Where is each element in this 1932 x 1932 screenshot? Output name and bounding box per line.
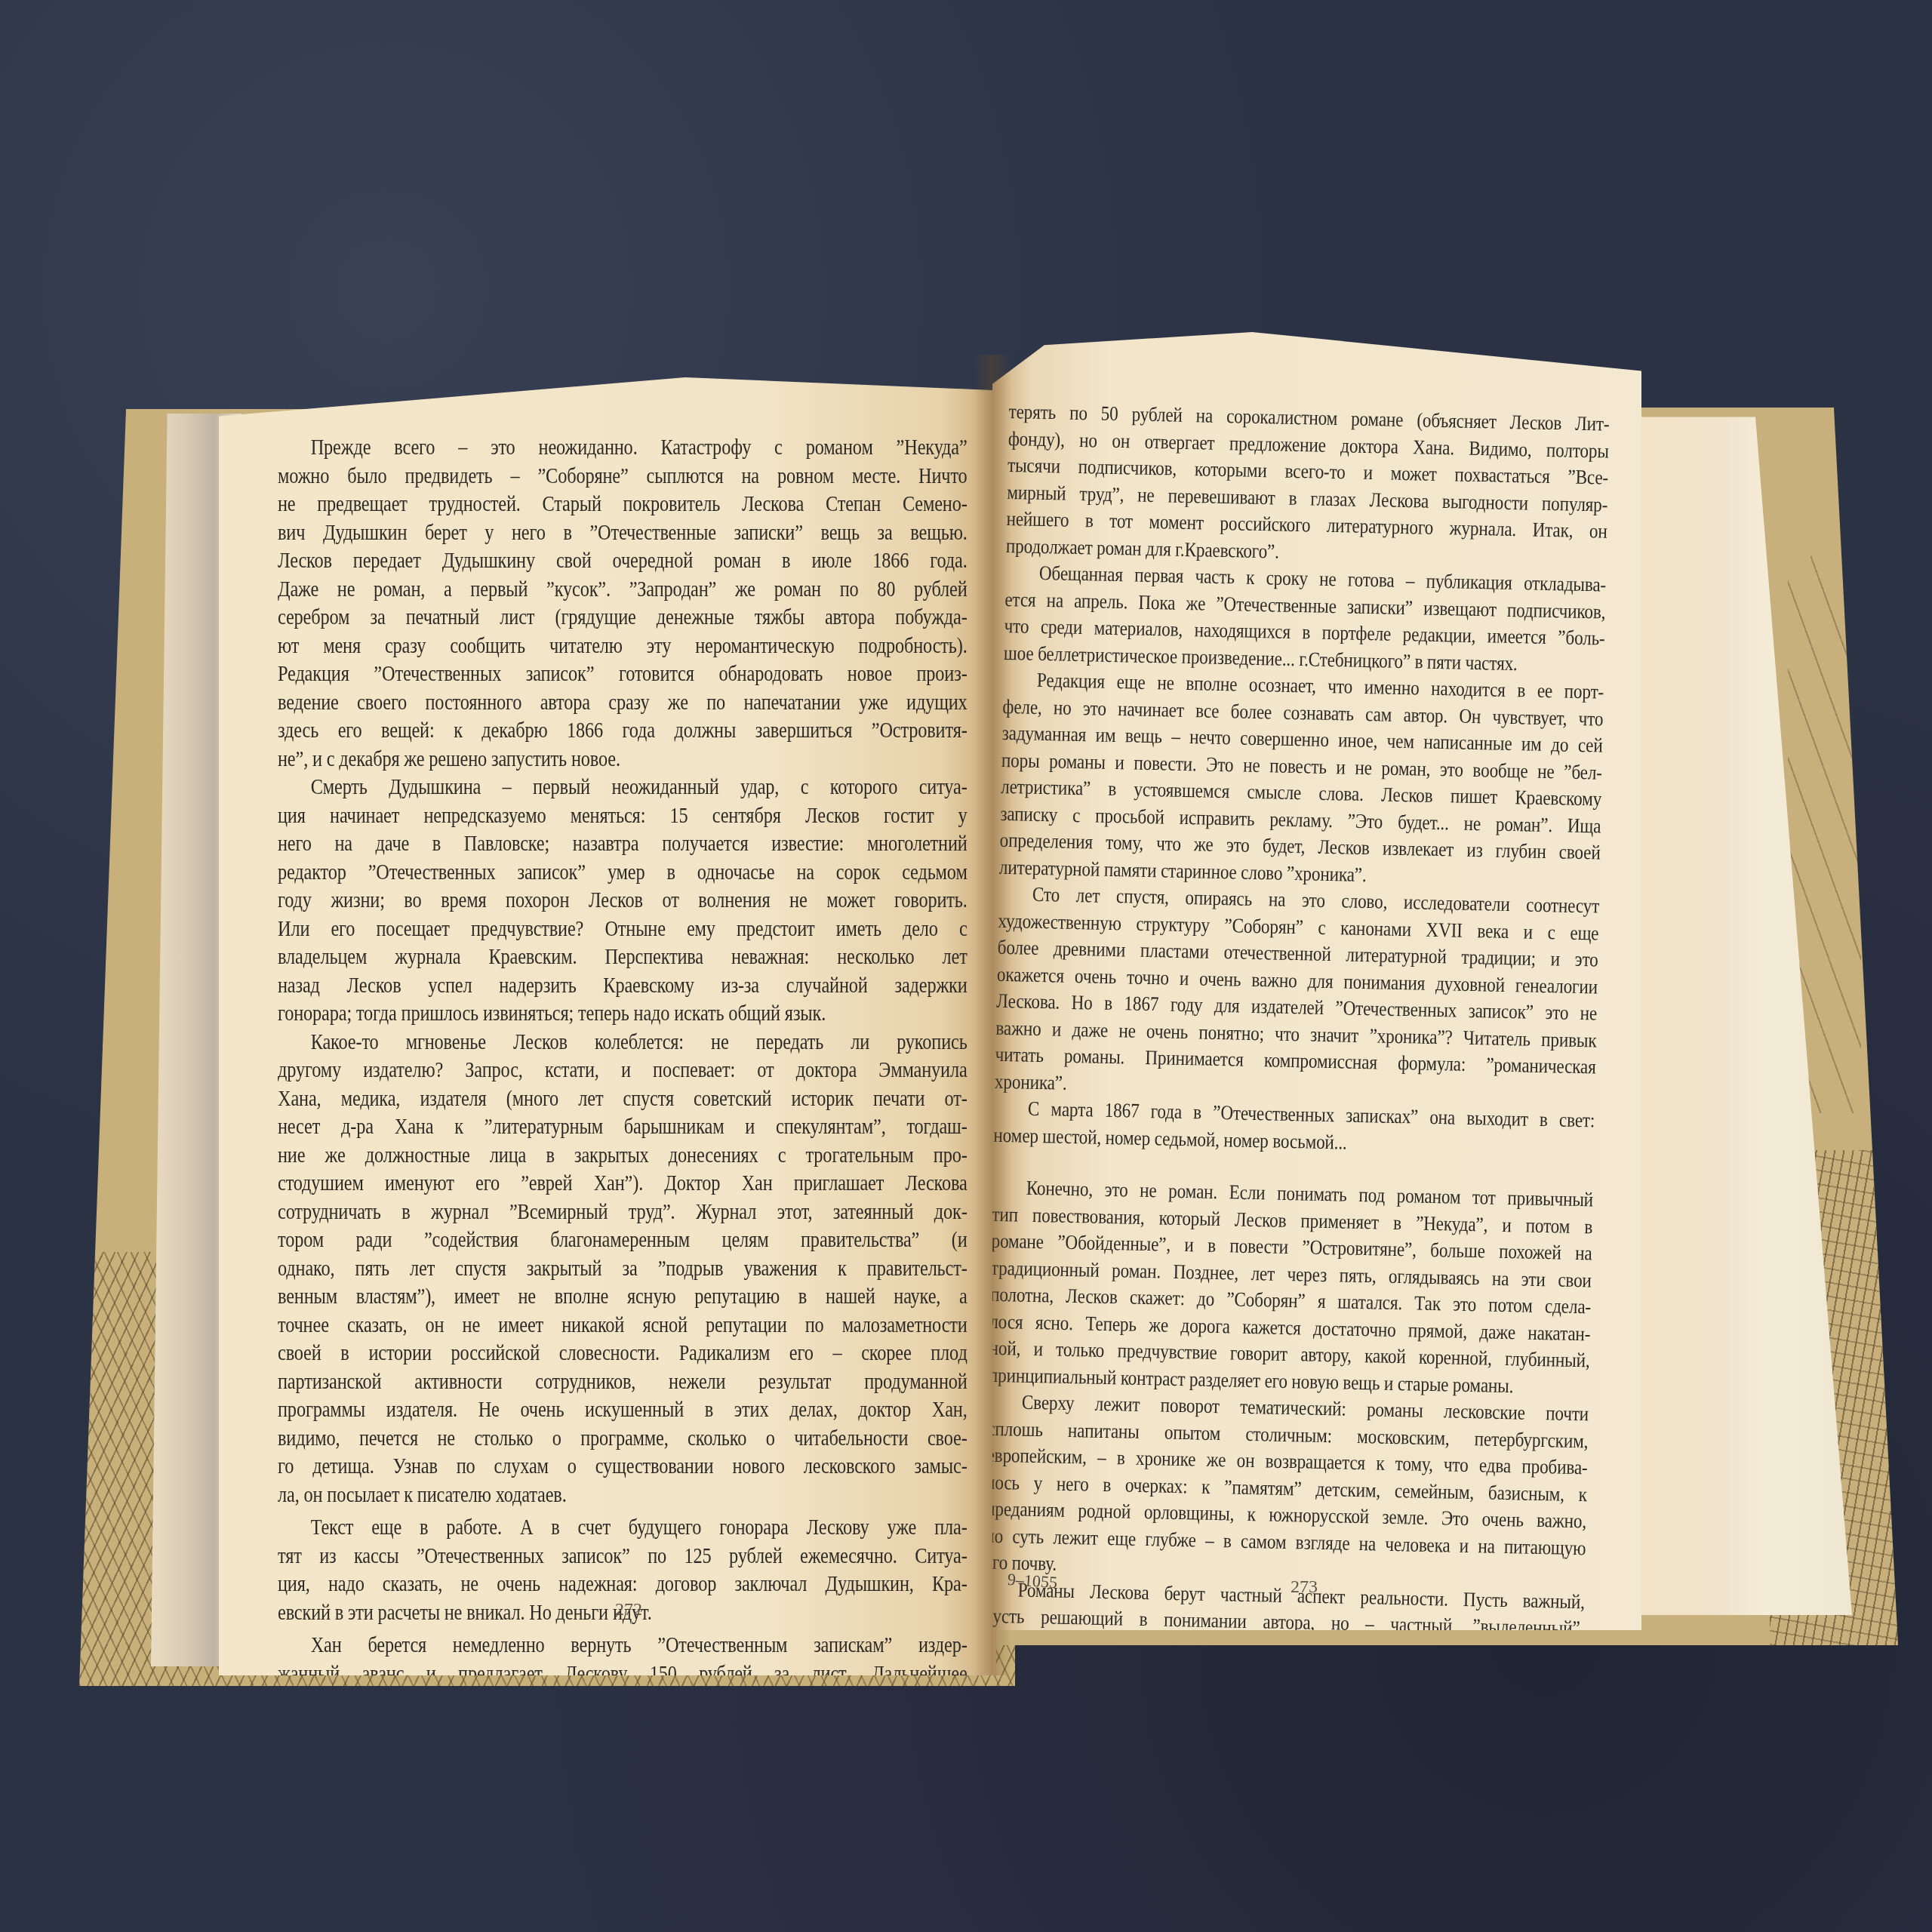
text-line: Хан берется немедленно вернуть ”Отечеств… [278, 1632, 968, 1660]
text-line: Даже не роман, а первый ”кусок”. ”Запрод… [278, 576, 968, 605]
text-line: программы издателя. Не очень искушенный … [278, 1396, 968, 1425]
text-line: назад Лесков успел надерзить Краевскому … [278, 972, 968, 1001]
text-line: ция начинает непредсказуемо меняться: 15… [278, 802, 968, 831]
text-line: Редакция ”Отечественных записок” готовит… [278, 660, 968, 689]
text-line: него на даче в Павловске; назавтра получ… [278, 830, 968, 859]
text-line: венным властям”), имеет не вполне ясную … [278, 1283, 968, 1312]
text-line: сотрудничать в журнал ”Всемирный труд”. … [278, 1198, 968, 1227]
text-line: тором ради ”содействия благонамеренным ц… [278, 1226, 968, 1255]
text-line: ”предоставляет это дело его великодушию”… [278, 1745, 968, 1774]
text-line: своей в истории российской словесности. … [278, 1340, 968, 1368]
page-number-right: 273 [1291, 1577, 1318, 1598]
text-line: здесь его вещей: к декабрю 1866 года дол… [278, 717, 968, 746]
text-line: стодушием именуют его ”еврей Хан”). Докт… [278, 1170, 968, 1198]
text-line: ла, он посылает к писателю ходатаев. [278, 1481, 968, 1510]
text-line: редактор ”Отечественных записок” умер в … [278, 859, 968, 888]
text-line: не предвещает трудностей. Старый покрови… [278, 491, 968, 519]
text-line: видимо, печется не столько о программе, … [278, 1425, 968, 1454]
text-line: Лесков передает Дудышкину свой очередной… [278, 547, 968, 576]
right-page: терять по 50 рублей на сорокалистном ром… [992, 332, 1641, 1630]
text-line: поднимает цену с восьмидесяти до сотни. … [278, 1774, 968, 1802]
text-line: несет д-ра Хана к ”литературным барышник… [278, 1113, 968, 1142]
text-line: не”, и с декабря же решено запустить нов… [278, 746, 968, 774]
printer-signature-mark: 9–1055 [1007, 1570, 1058, 1593]
text-line: известно из знаменитого прошения Лескова… [278, 1688, 968, 1717]
text-line: можно было предвидеть – ”Соборяне” сыплю… [278, 463, 968, 491]
text-line: предложении доктора Хана Лесков немедлен… [278, 1717, 968, 1746]
text-line: го детища. Узнав по слухам о существован… [278, 1453, 968, 1481]
page-number-left: 272 [615, 1600, 642, 1620]
text-line: другому издателю? Запрос, кстати, и посп… [278, 1057, 968, 1085]
text-line: вич Дудышкин берет у него в ”Отечественн… [278, 519, 968, 548]
text-line: Какое-то мгновенье Лесков колеблется: не… [278, 1029, 968, 1057]
text-line: точнее сказать, он не имеет никакой ясно… [278, 1312, 968, 1340]
text-line: Текст еще в работе. А в счет будущего го… [278, 1514, 968, 1543]
text-line: Смерть Дудышкина – первый неожиданный уд… [278, 774, 968, 802]
text-line: Хана, медика, издателя (много лет спустя… [278, 1085, 968, 1114]
left-page: Прежде всего – это неожиданно. Катастроф… [219, 377, 996, 1675]
text-line: партизанской активности сотрудников, неж… [278, 1368, 968, 1397]
text-line: ция, надо сказать, не очень надежная: до… [278, 1571, 968, 1599]
text-line: году жизни; во время похорон Лесков от в… [278, 887, 968, 915]
text-line: владельцем журнала Краевским. Перспектив… [278, 943, 968, 972]
right-page-text: терять по 50 рублей на сорокалистном ром… [982, 398, 1611, 1696]
text-line: Или его посещает предчувствие? Отныне ем… [278, 915, 968, 944]
text-line: тят из кассы ”Отечественных записок” по … [278, 1543, 968, 1571]
text-line: ют меня сразу сообщить читателю эту неро… [278, 632, 968, 661]
text-line: ведение своего постоянного автора сразу … [278, 689, 968, 718]
left-page-text: Прежде всего – это неожиданно. Катастроф… [278, 434, 968, 1801]
text-line: гонорара; тогда пришлось извиняться; теп… [278, 1000, 968, 1029]
text-line: ние же должностные лица в закрытых донес… [278, 1142, 968, 1171]
text-line: серебром за печатный лист (грядущие дене… [278, 604, 968, 632]
text-line: ту. Это попытка национального эпоса. [982, 1657, 1583, 1696]
text-line: Прежде всего – это неожиданно. Катастроф… [278, 434, 968, 463]
text-line: однако, пять лет спустя закрытый за ”под… [278, 1255, 968, 1284]
